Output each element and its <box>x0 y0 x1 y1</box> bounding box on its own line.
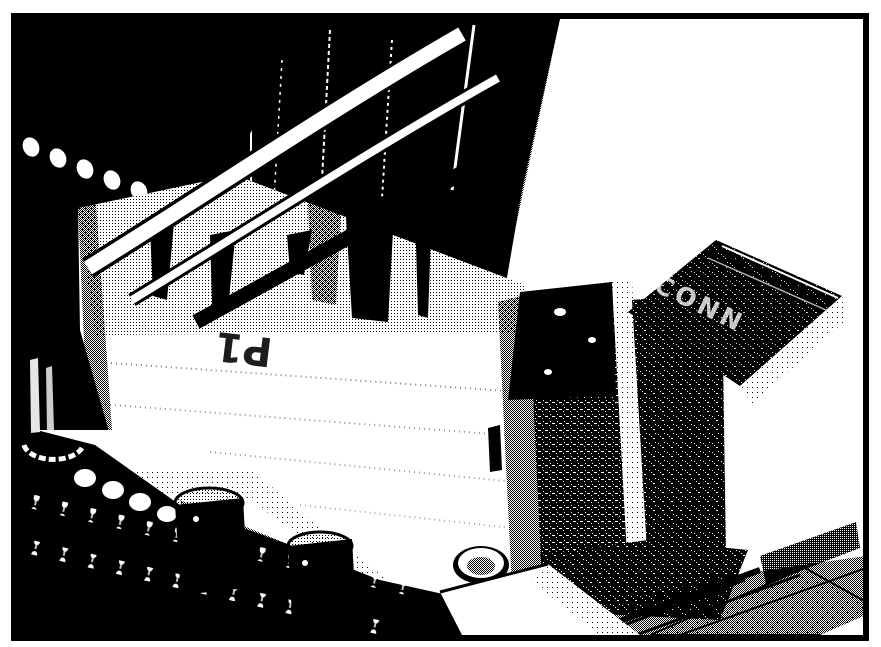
connector-latch <box>488 425 502 472</box>
connector-top-chunk <box>508 282 616 400</box>
io-connector-front <box>488 280 648 588</box>
p1-label: P1 <box>213 322 275 375</box>
photo-page: P1 <box>0 0 881 647</box>
electrolytic-capacitor <box>288 532 357 634</box>
photo-scene: P1 <box>17 19 866 635</box>
electrolytic-capacitor <box>175 488 248 595</box>
halftone-photo: P1 <box>0 0 881 647</box>
